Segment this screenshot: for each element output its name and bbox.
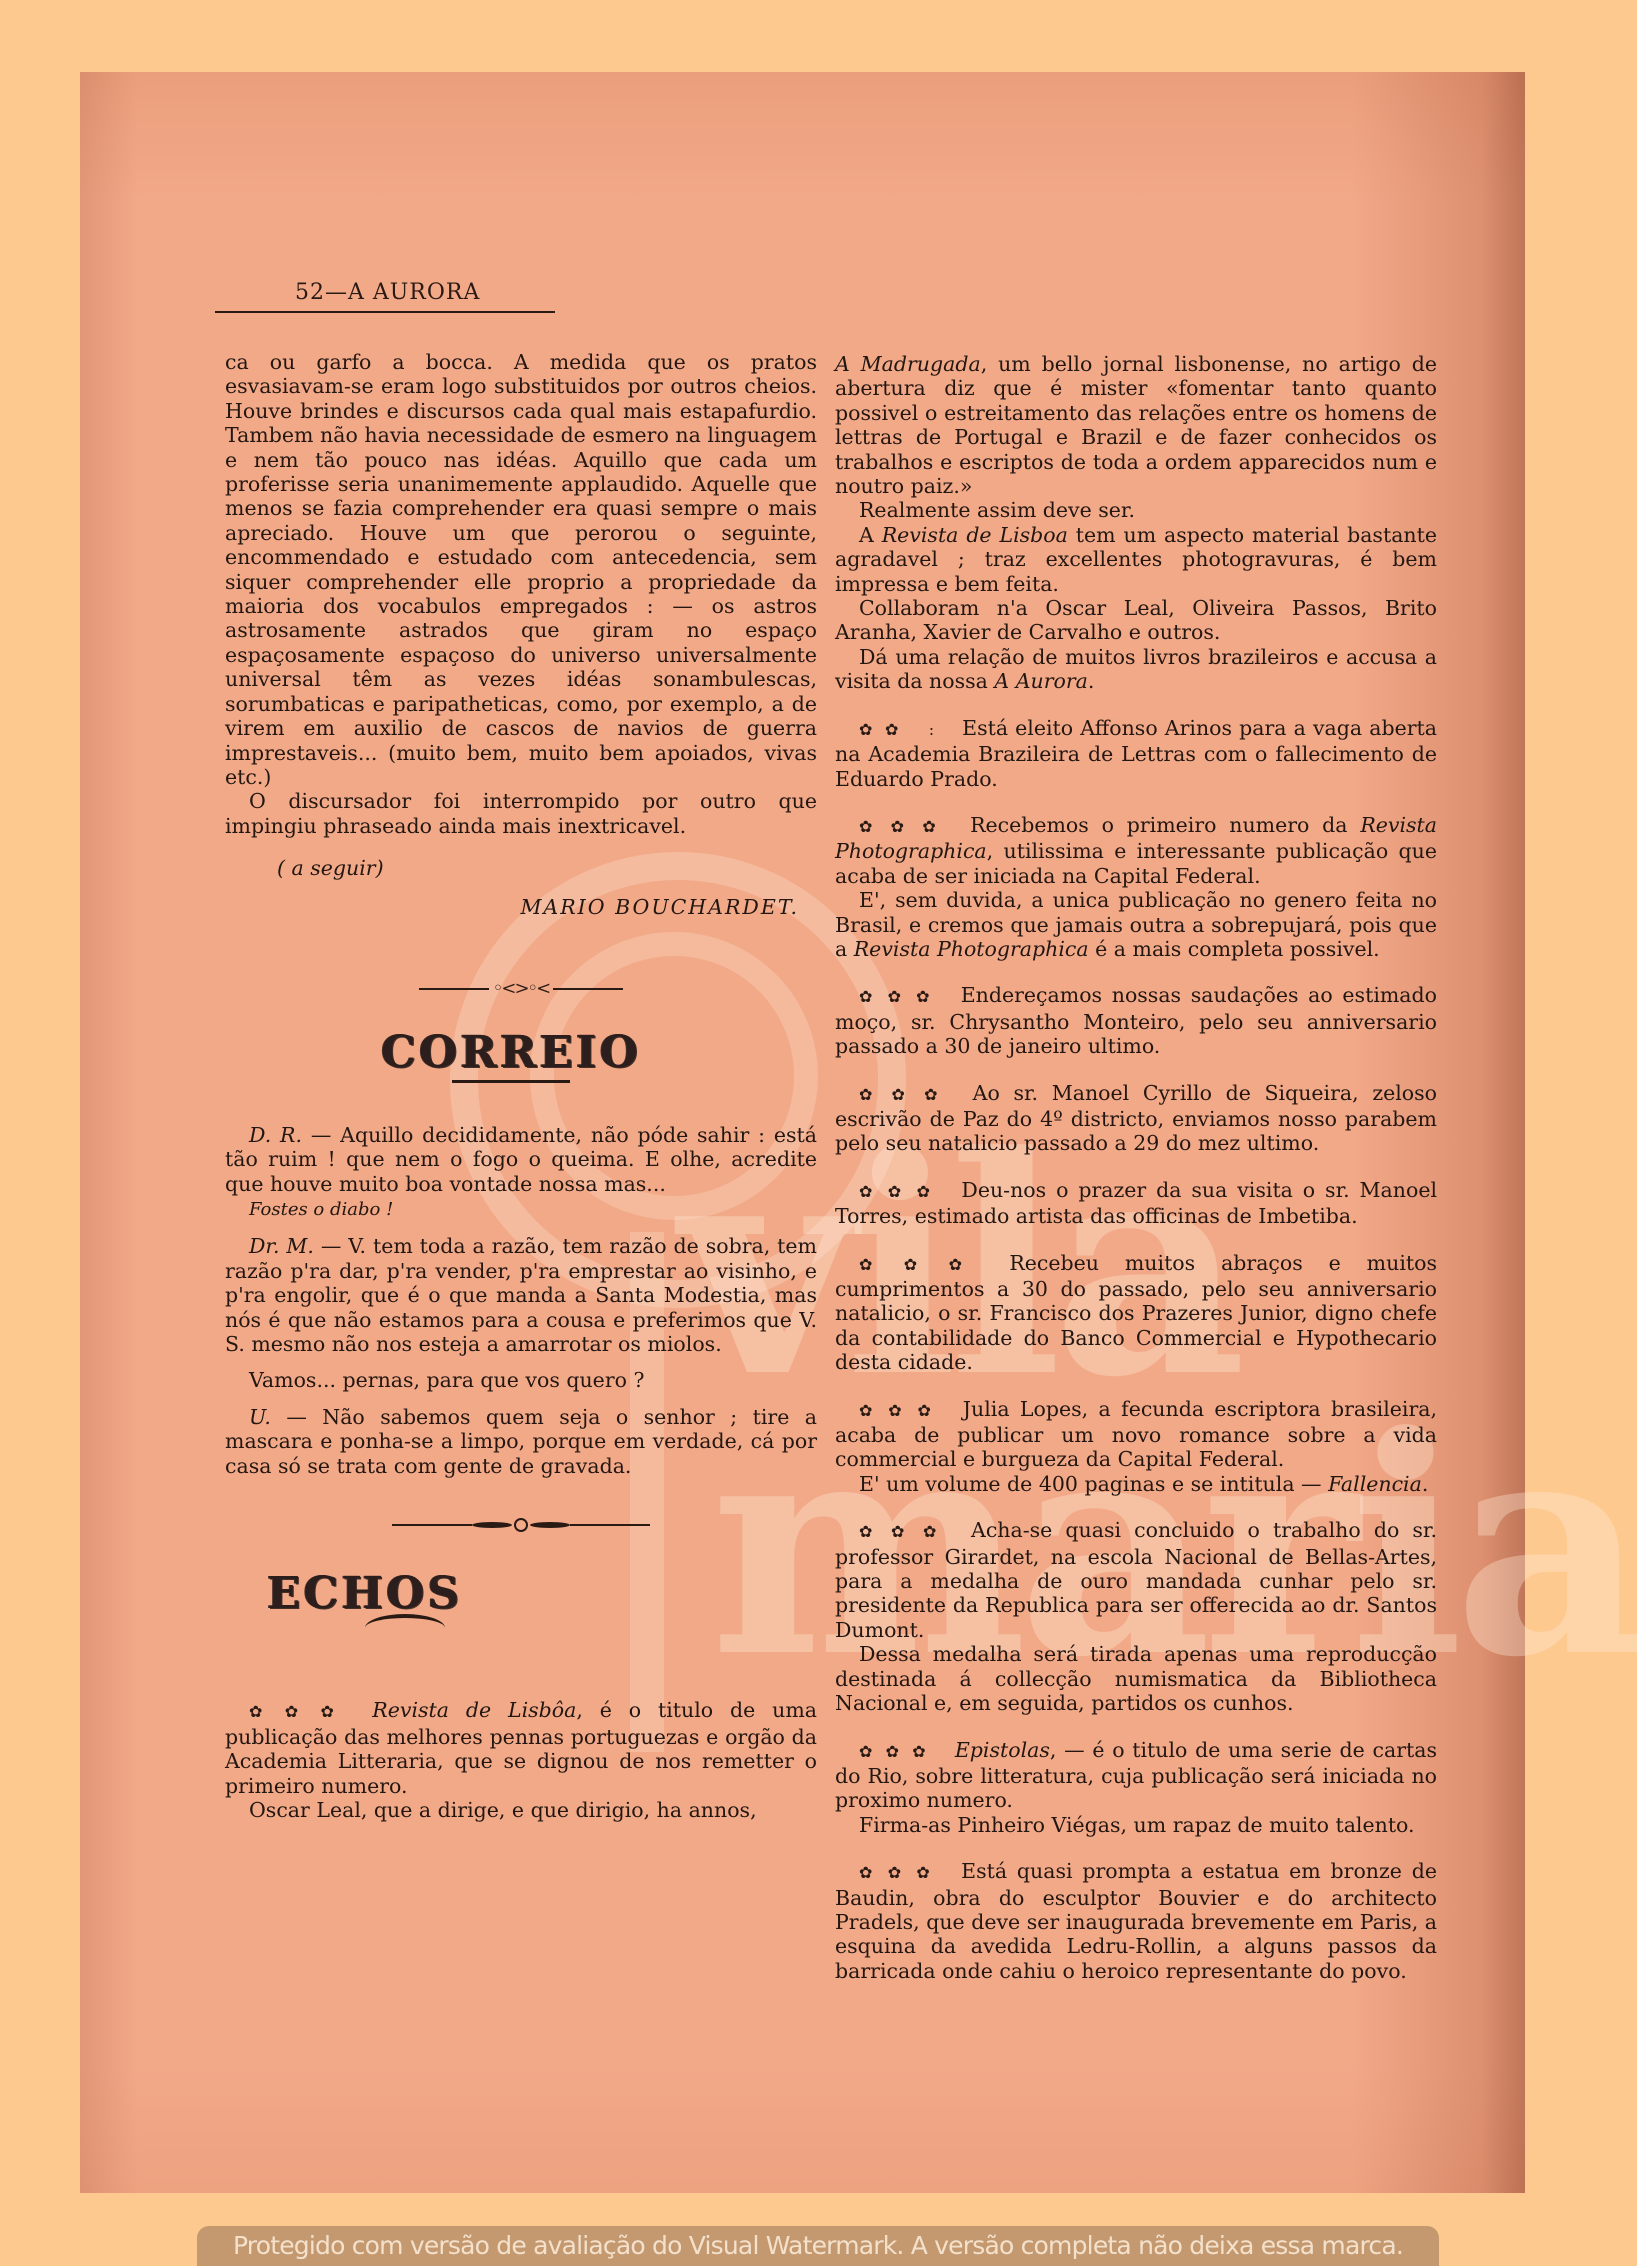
correio-entry: U. — Não sabemos quem seja o senhor ; ti… xyxy=(225,1405,817,1478)
asterism-icon: ✿✿ : xyxy=(859,720,946,739)
echo-item: ✿✿✿Acha-se quasi concluido o trabalho do… xyxy=(835,1518,1437,1642)
echo-item: ✿✿✿Julia Lopes, a fecunda escriptora bra… xyxy=(835,1397,1437,1472)
asterism-icon: ✿✿✿ xyxy=(859,1742,939,1761)
asterism-icon: ✿✿✿ xyxy=(859,1085,957,1104)
echo-item: ✿✿✿Endereçamos nossas saudações ao estim… xyxy=(835,983,1437,1058)
echo-item: ✿✿✿Ao sr. Manoel Cyrillo de Siqueira, ze… xyxy=(835,1081,1437,1156)
page-number-and-title: 52—A AURORA xyxy=(215,280,555,305)
echo-item: ✿✿ :Está eleito Affonso Arinos para a va… xyxy=(835,716,1437,791)
asterism-icon: ✿✿✿ xyxy=(249,1702,356,1721)
ornament-dot-icon xyxy=(514,1518,528,1532)
left-column: ca ou garfo a bocca. A medida que os pra… xyxy=(225,350,817,1822)
correio-entry: Dr. M. — V. tem toda a razão, tem razão … xyxy=(225,1234,817,1356)
echos-first-item: ✿✿✿Revista de Lisbôa, é o titulo de uma … xyxy=(225,1698,817,1822)
trial-watermark-banner: Protegido com versão de avaliação do Vis… xyxy=(197,2226,1439,2266)
correio-entry: D. R. — Aquillo decididamente, não póde … xyxy=(225,1123,817,1196)
addressee: D. R. xyxy=(249,1123,302,1147)
asterism-icon: ✿✿✿ xyxy=(859,1401,947,1420)
echo-item: ✿✿✿Recebemos o primeiro numero da Revist… xyxy=(835,813,1437,888)
author-signature: MARIO BOUCHARDET. xyxy=(225,895,817,919)
correio-followup: Vamos... pernas, para que vos quero ? xyxy=(225,1368,817,1392)
title-underline xyxy=(452,1080,570,1083)
section-title-echos: ECHOS xyxy=(225,1582,817,1606)
asterism-icon: ✿✿✿ xyxy=(859,817,954,836)
asterism-icon: ✿✿✿ xyxy=(859,1522,955,1541)
addressee: Dr. M. xyxy=(249,1234,314,1258)
section-divider-ornament xyxy=(225,1518,817,1532)
correio-entries: D. R. — Aquillo decididamente, não póde … xyxy=(225,1123,817,1478)
asterism-icon: ✿✿✿ xyxy=(859,987,945,1006)
ornament-knot-icon: ◦<>◦< xyxy=(493,977,549,1001)
addressee: U. xyxy=(249,1405,271,1429)
article-continuation-paragraph: ca ou garfo a bocca. A medida que os pra… xyxy=(225,350,817,789)
article-continuation-paragraph: O discursador foi interrompido por outro… xyxy=(225,789,817,838)
to-be-continued-note: ( a seguir) xyxy=(225,856,817,880)
echo-item: ✿✿✿Recebeu muitos abraços e muitos cumpr… xyxy=(835,1251,1437,1375)
echos-continuation: A Madrugada, um bello jornal lisbonense,… xyxy=(835,352,1437,498)
running-head: 52—A AURORA xyxy=(215,280,555,313)
echo-item: ✿✿✿Epistolas, — é o titulo de uma serie … xyxy=(835,1738,1437,1813)
right-column: A Madrugada, um bello jornal lisbonense,… xyxy=(835,352,1437,1983)
correio-followup: Fostes o diabo ! xyxy=(225,1198,817,1222)
asterism-icon: ✿✿✿ xyxy=(859,1182,945,1201)
section-title-correio: CORREIO xyxy=(225,1041,817,1065)
header-rule xyxy=(215,311,555,313)
asterism-icon: ✿✿✿ xyxy=(859,1863,945,1882)
echo-item: ✿✿✿Está quasi prompta a estatua em bronz… xyxy=(835,1859,1437,1983)
echo-item: ✿✿✿Deu-nos o prazer da sua visita o sr. … xyxy=(835,1178,1437,1229)
asterism-icon: ✿✿✿ xyxy=(859,1255,993,1274)
section-divider-ornament: ◦<>◦< xyxy=(225,977,817,1001)
